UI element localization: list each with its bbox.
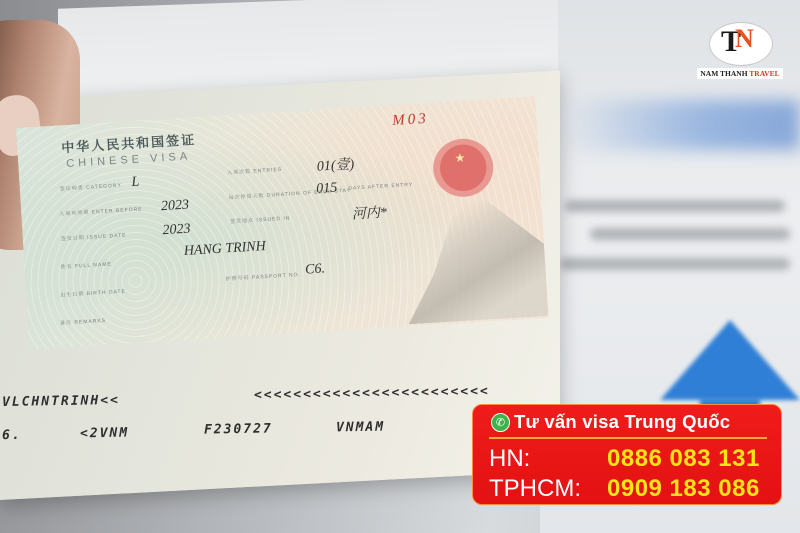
- duration-unit: DAYS AFTER ENTRY: [348, 182, 413, 192]
- enter-before-value: 2023: [161, 198, 190, 216]
- mrz-line2-d: VNMAM: [336, 420, 385, 436]
- passport-no-label: 护照号码 PASSPORT NO.: [225, 271, 301, 283]
- mrz-line2-c: F230727: [204, 421, 273, 437]
- logo-wordmark: NAM THANH TRAVEL: [697, 68, 783, 79]
- issue-date-label: 签发日期 ISSUE DATE: [61, 231, 127, 242]
- entries-label: 入境次数 ENTRIES: [227, 166, 282, 176]
- issued-in-label: 签发地点 ISSUED IN: [230, 214, 291, 225]
- phone-icon: ✆: [491, 413, 510, 432]
- category-label: 签证种类 CATEGORY: [60, 182, 122, 193]
- background-blurred-text: [565, 200, 785, 212]
- issued-in-value: 河内*: [351, 202, 387, 224]
- remarks-label: 备注 REMARKS: [60, 317, 106, 327]
- nam-thanh-travel-logo: T N NAM THANH TRAVEL: [697, 18, 783, 82]
- chinese-visa-sticker: 中华人民共和国签证 CHINESE VISA M03 ★ 签证种类 CATEGO…: [16, 96, 549, 349]
- hotline-hcm-label: TPHCM:: [489, 475, 607, 503]
- category-value: L: [131, 175, 140, 191]
- entries-value: 01(壹): [316, 153, 354, 175]
- passport-no-value: C6.: [305, 261, 326, 278]
- enter-before-label: 入境有效期 ENTER BEFORE: [59, 205, 143, 217]
- banner-title: Tư vấn visa Trung Quốc: [514, 411, 730, 433]
- hotline-hn-label: HN:: [489, 445, 607, 473]
- birth-date-label: 出生日期 BIRTH DATE: [60, 288, 126, 299]
- visa-serial: M03: [392, 111, 429, 130]
- background-arrow-icon: [660, 320, 800, 400]
- logo-letter-n: N: [735, 26, 754, 52]
- mrz-line1-left: VLCHNTRINH<<: [2, 393, 120, 410]
- issue-date-value: 2023: [162, 222, 191, 240]
- full-name-label: 姓名 FULL NAME: [60, 260, 112, 270]
- background-blurred-text: [560, 258, 790, 270]
- banner-header: ✆ Tư vấn visa Trung Quốc: [491, 411, 730, 433]
- background-blue-band: [560, 100, 800, 150]
- mrz-line2-b: <2VNM: [80, 426, 129, 442]
- duration-value: 015: [316, 181, 338, 198]
- hotline-hcm: TPHCM:0909 183 086: [489, 475, 760, 503]
- banner-divider: [489, 437, 767, 439]
- great-wall-illustration: [401, 196, 548, 324]
- hotline-hn: HN:0886 083 131: [489, 445, 760, 473]
- background-blurred-text: [590, 228, 790, 240]
- visa-consult-banner: ✆ Tư vấn visa Trung Quốc HN:0886 083 131…: [472, 404, 782, 505]
- hotline-hn-phone[interactable]: 0886 083 131: [607, 445, 760, 472]
- full-name-value: HANG TRINH: [183, 239, 266, 260]
- mrz-line2-a: 6.: [2, 428, 22, 443]
- national-emblem-icon: ★: [432, 137, 495, 199]
- hotline-hcm-phone[interactable]: 0909 183 086: [607, 475, 760, 502]
